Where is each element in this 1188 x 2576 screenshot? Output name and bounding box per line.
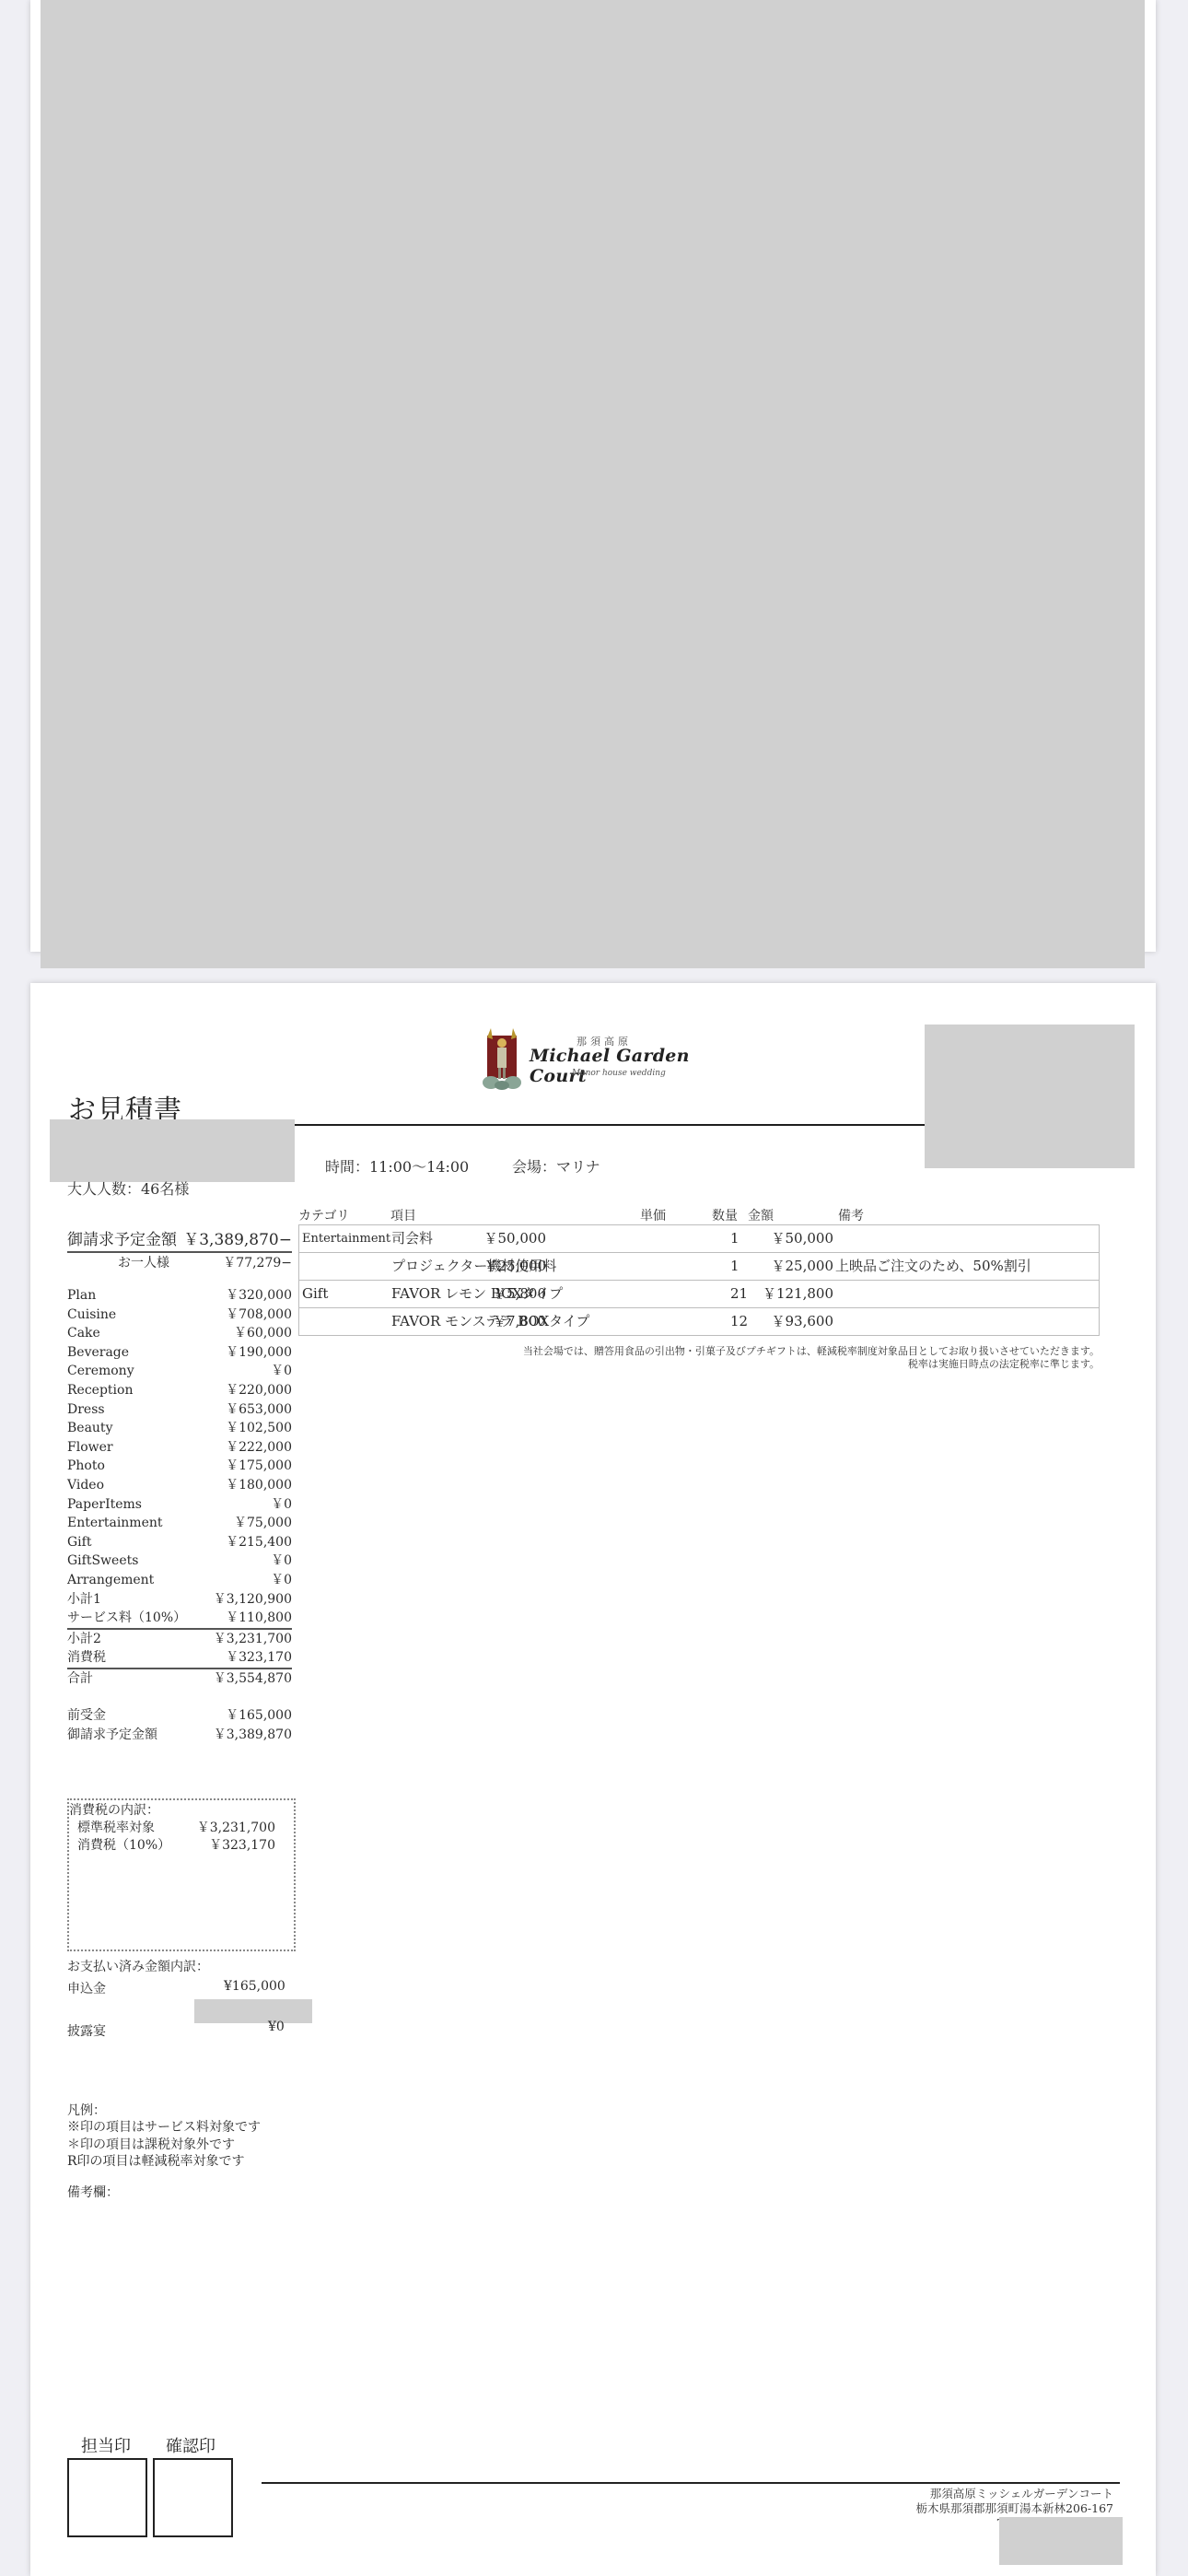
redacted-customer-name (50, 1119, 295, 1182)
cell-amount: ￥121,800 (763, 1281, 833, 1307)
logo-tagline: Manor house wedding (572, 1069, 666, 1078)
legend-line: ＊印の項目は課税対象外です (67, 2135, 235, 2153)
table-row: Entertainment司会料￥50,0001￥50,000 (299, 1225, 1099, 1253)
total-row-label: サービス料（10%） (67, 1609, 186, 1628)
reduced-tax-note-line2: 税率は実施日時点の法定税率に準じます。 (523, 1358, 1100, 1371)
payment-row-value: ￥3,389,870 (214, 1726, 292, 1745)
category-row-value: ￥190,000 (226, 1343, 292, 1363)
billing-amount-label: 御請求予定金額 (67, 1226, 177, 1249)
category-row: Cake￥60,000 (67, 1324, 292, 1343)
adult-guest-count: 大人人数：46名様 (67, 1177, 189, 1199)
category-row-value: ￥175,000 (226, 1457, 292, 1476)
category-row-label: Arrangement (67, 1571, 154, 1590)
event-venue: 会場：マリナ (512, 1155, 600, 1177)
table-row: FAVOR モンステラ BOXタイプ￥7,80012￥93,600 (299, 1308, 1099, 1335)
payment-row-label: 御請求予定金額 (67, 1726, 157, 1745)
col-header-amount: 金額 (748, 1206, 774, 1224)
confirm-stamp-box (153, 2458, 233, 2537)
reduced-tax-note-line1: 当社会場では、贈答用食品の引出物・引菓子及びプチギフトは、軽減税率制度対象品目と… (523, 1345, 1100, 1358)
payment-row: 御請求予定金額￥3,389,870 (67, 1726, 292, 1745)
cell-qty: 12 (730, 1308, 748, 1335)
category-row-label: Cake (67, 1324, 100, 1343)
category-row: Photo￥175,000 (67, 1457, 292, 1476)
category-row: Video￥180,000 (67, 1476, 292, 1495)
tax-row-label: 消費税（10%） (77, 1835, 170, 1854)
total-row: 小計1￥3,120,900 (67, 1590, 292, 1610)
category-row-value: ￥180,000 (226, 1476, 292, 1495)
document-page-1 (30, 0, 1156, 952)
billing-amount-summary: 御請求予定金額 ￥3,389,870− (67, 1226, 292, 1253)
event-time: 時間：11:00〜14:00 (325, 1155, 469, 1177)
cell-unit-price: ￥5,800 (493, 1281, 546, 1307)
header-divider (295, 1124, 926, 1126)
total-row-label: 消費税 (67, 1648, 106, 1668)
category-row: Flower￥222,000 (67, 1438, 292, 1458)
category-row-label: Flower (67, 1438, 113, 1458)
cell-unit-price: ￥7,800 (493, 1308, 546, 1335)
col-header-category: カテゴリ (298, 1206, 349, 1224)
payment-row-value: ￥165,000 (226, 1706, 292, 1726)
paid-row-value: ¥0 (268, 2020, 285, 2034)
total-row-label: 合計 (67, 1669, 93, 1689)
legend-line: R印の項目は軽減税率対象です (67, 2151, 245, 2170)
total-row-value: ￥3,120,900 (214, 1590, 292, 1610)
cell-qty: 1 (730, 1225, 740, 1252)
category-row: Arrangement￥0 (67, 1571, 292, 1590)
category-row-value: ￥708,000 (226, 1306, 292, 1325)
total-row-label: 小計2 (67, 1630, 101, 1649)
table-row: GiftFAVOR レモン BOXタイプ￥5,80021￥121,800 (299, 1281, 1099, 1308)
tax-row-value: ￥323,170 (209, 1835, 275, 1854)
category-row-label: Gift (67, 1533, 91, 1552)
category-row-label: Dress (67, 1400, 105, 1420)
tax-breakdown-row: 消費税（10%） ￥323,170 (77, 1835, 275, 1854)
category-row-label: PaperItems (67, 1495, 142, 1515)
payment-row-label: 前受金 (67, 1706, 106, 1726)
cell-unit-price: ￥25,000 (484, 1253, 547, 1280)
legend-line: ※印の項目はサービス料対象です (67, 2117, 261, 2136)
paid-breakdown-title: お支払い済み金額内訳： (67, 1957, 209, 1975)
per-person-value: ￥77,279− (223, 1253, 292, 1271)
category-row: Gift￥215,400 (67, 1533, 292, 1552)
confirm-stamp-label: 確認印 (166, 2433, 215, 2457)
category-row: Entertainment￥75,000 (67, 1514, 292, 1533)
redacted-page-content (41, 0, 1145, 968)
items-table: Entertainment司会料￥50,0001￥50,000プロジェクター機材… (298, 1224, 1100, 1336)
per-person-summary: お一人様 ￥77,279− (67, 1253, 292, 1271)
category-row: GiftSweets￥0 (67, 1551, 292, 1571)
category-row-value: ￥102,500 (226, 1419, 292, 1438)
cell-qty: 1 (730, 1253, 740, 1280)
table-row: プロジェクター機材使用料￥25,0001￥25,000上映品ご注文のため、50%… (299, 1253, 1099, 1281)
tax-row-label: 標準税率対象 (77, 1818, 155, 1836)
cell-amount: ￥25,000 (772, 1253, 834, 1280)
col-header-unit-price: 単価 (640, 1206, 666, 1224)
total-row-value: ￥3,554,870 (214, 1669, 292, 1689)
category-row: Ceremony￥0 (67, 1362, 292, 1381)
category-row-value: ￥0 (271, 1362, 292, 1381)
cell-unit-price: ￥50,000 (484, 1225, 547, 1252)
category-row-label: Cuisine (67, 1306, 116, 1325)
staff-stamp-label: 担当印 (81, 2433, 131, 2457)
category-row-value: ￥320,000 (226, 1286, 292, 1306)
total-row: 小計2￥3,231,700 (67, 1630, 292, 1649)
category-row-label: Entertainment (67, 1514, 163, 1533)
category-row-value: ￥75,000 (234, 1514, 292, 1533)
category-row-value: ￥215,400 (226, 1533, 292, 1552)
tax-breakdown-box: 消費税の内訳： 標準税率対象 ￥3,231,700 消費税（10%） ￥323,… (67, 1798, 296, 1951)
total-row-value: ￥110,800 (226, 1609, 292, 1628)
cell-qty: 21 (730, 1281, 748, 1307)
col-header-qty: 数量 (712, 1206, 738, 1224)
category-row-label: Beauty (67, 1419, 112, 1438)
reduced-tax-note: 当社会場では、贈答用食品の引出物・引菓子及びプチギフトは、軽減税率制度対象品目と… (523, 1345, 1100, 1371)
remarks-label: 備考欄： (67, 2183, 119, 2201)
legend-title: 凡例： (67, 2101, 106, 2119)
tax-row-value: ￥3,231,700 (197, 1818, 275, 1836)
paid-row-value: ¥165,000 (224, 1979, 285, 1994)
redacted-header-info (925, 1025, 1135, 1168)
cell-item: FAVOR モンステラ BOXタイプ (391, 1308, 589, 1335)
cell-amount: ￥93,600 (772, 1308, 834, 1335)
category-row-value: ￥60,000 (234, 1324, 292, 1343)
category-row-value: ￥0 (271, 1495, 292, 1515)
category-row-label: Reception (67, 1381, 133, 1400)
category-row-label: GiftSweets (67, 1551, 138, 1571)
archangel-emblem-icon (482, 1026, 522, 1091)
category-row: Dress￥653,000 (67, 1400, 292, 1420)
col-header-note: 備考 (838, 1206, 864, 1224)
category-row-value: ￥0 (271, 1571, 292, 1590)
category-row-label: Video (67, 1476, 104, 1495)
category-row: Beauty￥102,500 (67, 1419, 292, 1438)
total-row: サービス料（10%）￥110,800 (67, 1609, 292, 1630)
redacted-footer-contact (999, 2517, 1123, 2565)
redacted-paid-row (194, 1999, 312, 2023)
tax-breakdown-row: 標準税率対象 ￥3,231,700 (77, 1818, 275, 1836)
category-row-value: ￥220,000 (226, 1381, 292, 1400)
category-row-label: Beverage (67, 1343, 129, 1363)
logo-name: Michael Garden Court (530, 1046, 721, 1086)
col-header-item: 項目 (390, 1206, 416, 1224)
venue-company: 那須高原ミッシェルガーデンコート (916, 2487, 1113, 2501)
total-row: 合計￥3,554,870 (67, 1669, 292, 1689)
cell-category: Entertainment (302, 1225, 390, 1252)
category-row-label: Ceremony (67, 1362, 134, 1381)
venue-street-address: 栃木県那須郡那須町湯本新林206-167 (916, 2501, 1113, 2516)
category-row-label: Photo (67, 1457, 105, 1476)
staff-stamp-box (67, 2458, 147, 2537)
total-row: 消費税￥323,170 (67, 1648, 292, 1669)
cell-category: Gift (302, 1281, 328, 1307)
footer-divider (262, 2482, 1120, 2484)
category-breakdown: Plan￥320,000Cuisine￥708,000Cake￥60,000Be… (67, 1286, 292, 1745)
document-page-2: お見積書 那須高原 Michael Garden Court Manor hou… (30, 983, 1156, 2576)
total-row-label: 小計1 (67, 1590, 101, 1610)
per-person-label: お一人様 (118, 1253, 169, 1271)
tax-breakdown-title: 消費税の内訳： (69, 1800, 159, 1819)
billing-amount-value: ￥3,389,870− (183, 1226, 292, 1249)
category-row-value: ￥653,000 (226, 1400, 292, 1420)
category-row: Beverage￥190,000 (67, 1343, 292, 1363)
category-row-value: ￥222,000 (226, 1438, 292, 1458)
paid-row-label: 申込金 (67, 1979, 106, 1997)
paid-row-label: 披露宴 (67, 2021, 106, 2040)
category-row: Cuisine￥708,000 (67, 1306, 292, 1325)
category-row: Plan￥320,000 (67, 1286, 292, 1306)
category-row: PaperItems￥0 (67, 1495, 292, 1515)
category-row-value: ￥0 (271, 1551, 292, 1571)
payment-row: 前受金￥165,000 (67, 1706, 292, 1726)
venue-logo: 那須高原 Michael Garden Court Manor house we… (482, 1026, 721, 1093)
category-row-label: Plan (67, 1286, 96, 1306)
total-row-value: ￥323,170 (226, 1648, 292, 1668)
category-row: Reception￥220,000 (67, 1381, 292, 1400)
cell-note: 上映品ご注文のため、50%割引 (835, 1253, 1031, 1280)
total-row-value: ￥3,231,700 (214, 1630, 292, 1649)
cell-item: 司会料 (391, 1225, 433, 1252)
cell-amount: ￥50,000 (772, 1225, 834, 1252)
